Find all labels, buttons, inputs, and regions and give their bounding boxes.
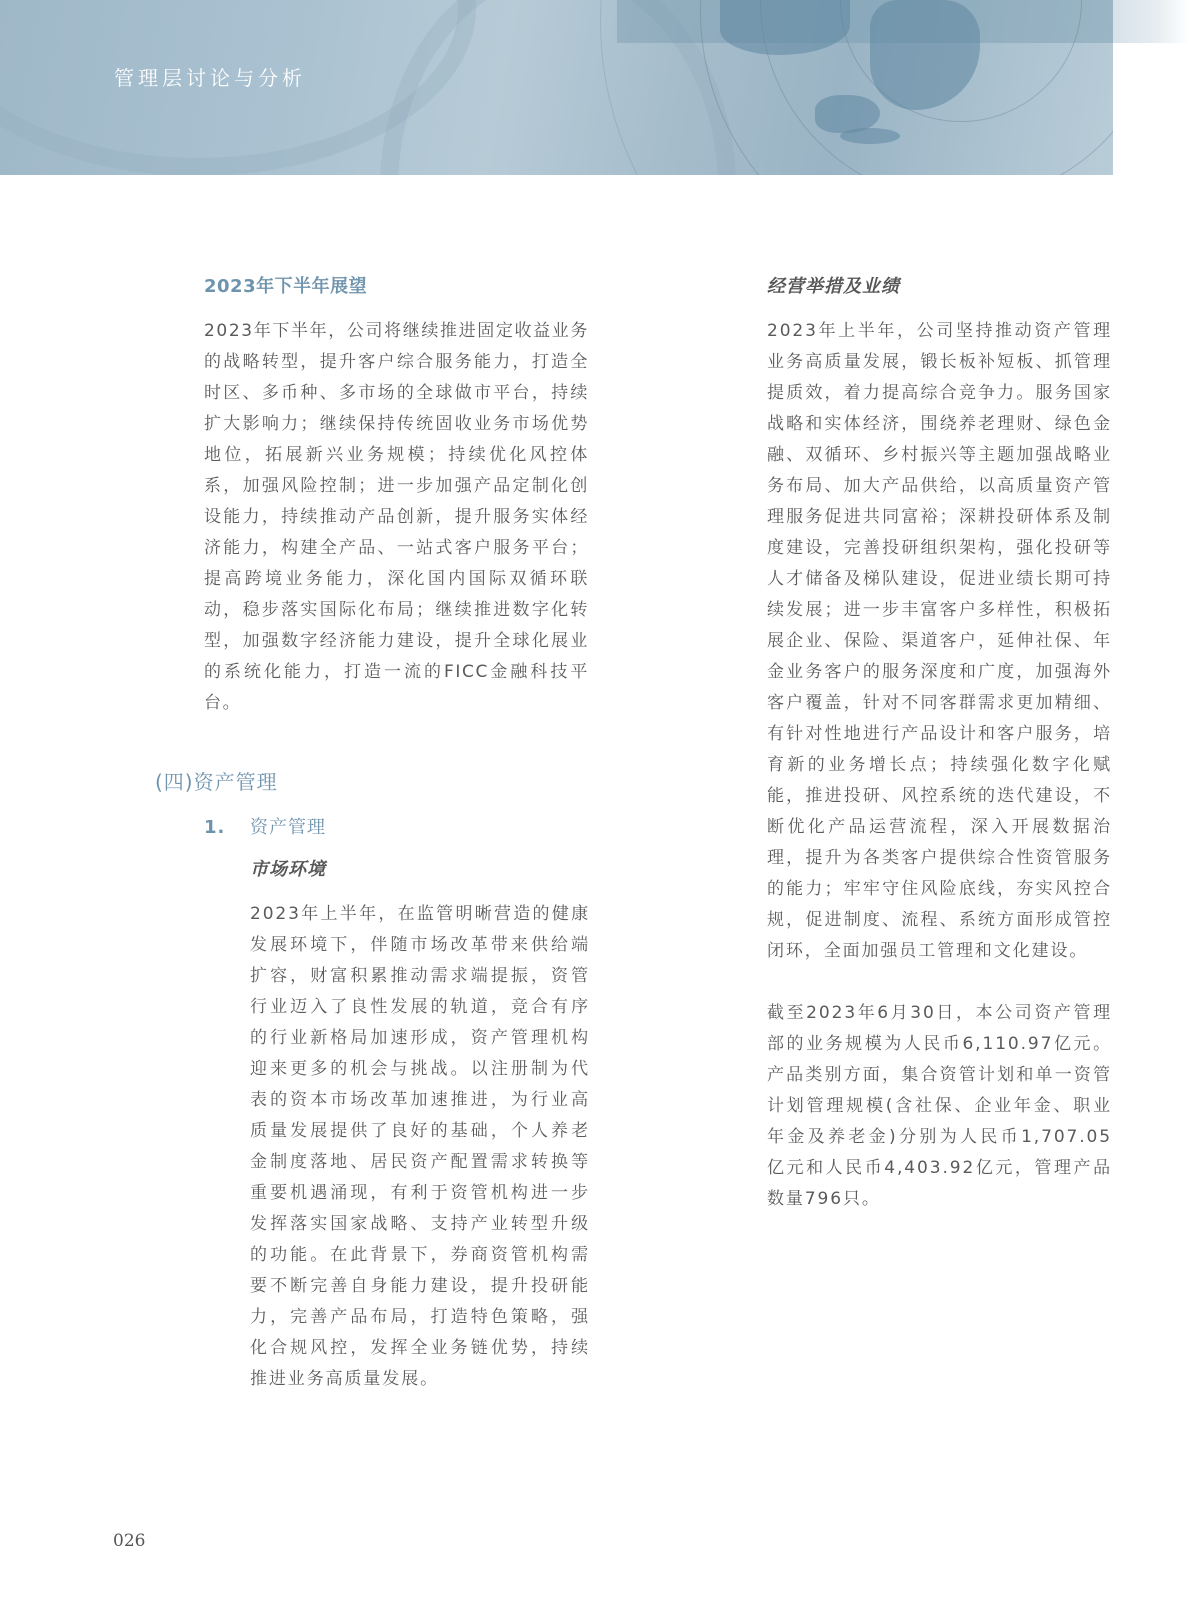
continent-shape [840,128,900,144]
outlook-paragraph: 2023年下半年，公司将继续推进固定收益业务的战略转型，提升客户综合服务能力，打… [204,316,589,719]
left-column: 2023年下半年展望 2023年下半年，公司将继续推进固定收益业务的战略转型，提… [204,272,589,719]
right-column: 经营举措及业绩 2023年上半年，公司坚持推动资产管理业务高质量发展，锻长板补短… [767,272,1112,1215]
market-environment-section: 市场环境 2023年上半年，在监管明晰营造的健康发展环境下，伴随市场改革带来供给… [250,855,590,1395]
paragraph-gap [767,967,1112,998]
section-title: 管理层讨论与分析 [114,62,306,91]
page-number: 026 [113,1531,145,1551]
operations-heading: 经营举措及业绩 [767,272,1112,298]
header-banner: 管理层讨论与分析 [0,0,1113,175]
outlook-heading: 2023年下半年展望 [204,272,589,298]
banner-edge [1113,0,1190,43]
chapter-heading: (四)资产管理 [155,766,278,795]
scale-paragraph: 截至2023年6月30日，本公司资产管理部的业务规模为人民币6,110.97亿元… [767,998,1112,1215]
market-heading: 市场环境 [250,855,590,881]
sub-heading-number: 1. [204,817,250,838]
sub-heading-label: 资产管理 [250,817,326,838]
market-paragraph: 2023年上半年，在监管明晰营造的健康发展环境下，伴随市场改革带来供给端扩容，财… [250,899,590,1395]
sub-heading: 1.资产管理 [204,813,326,839]
operations-paragraph: 2023年上半年，公司坚持推动资产管理业务高质量发展，锻长板补短板、抓管理提质效… [767,316,1112,967]
